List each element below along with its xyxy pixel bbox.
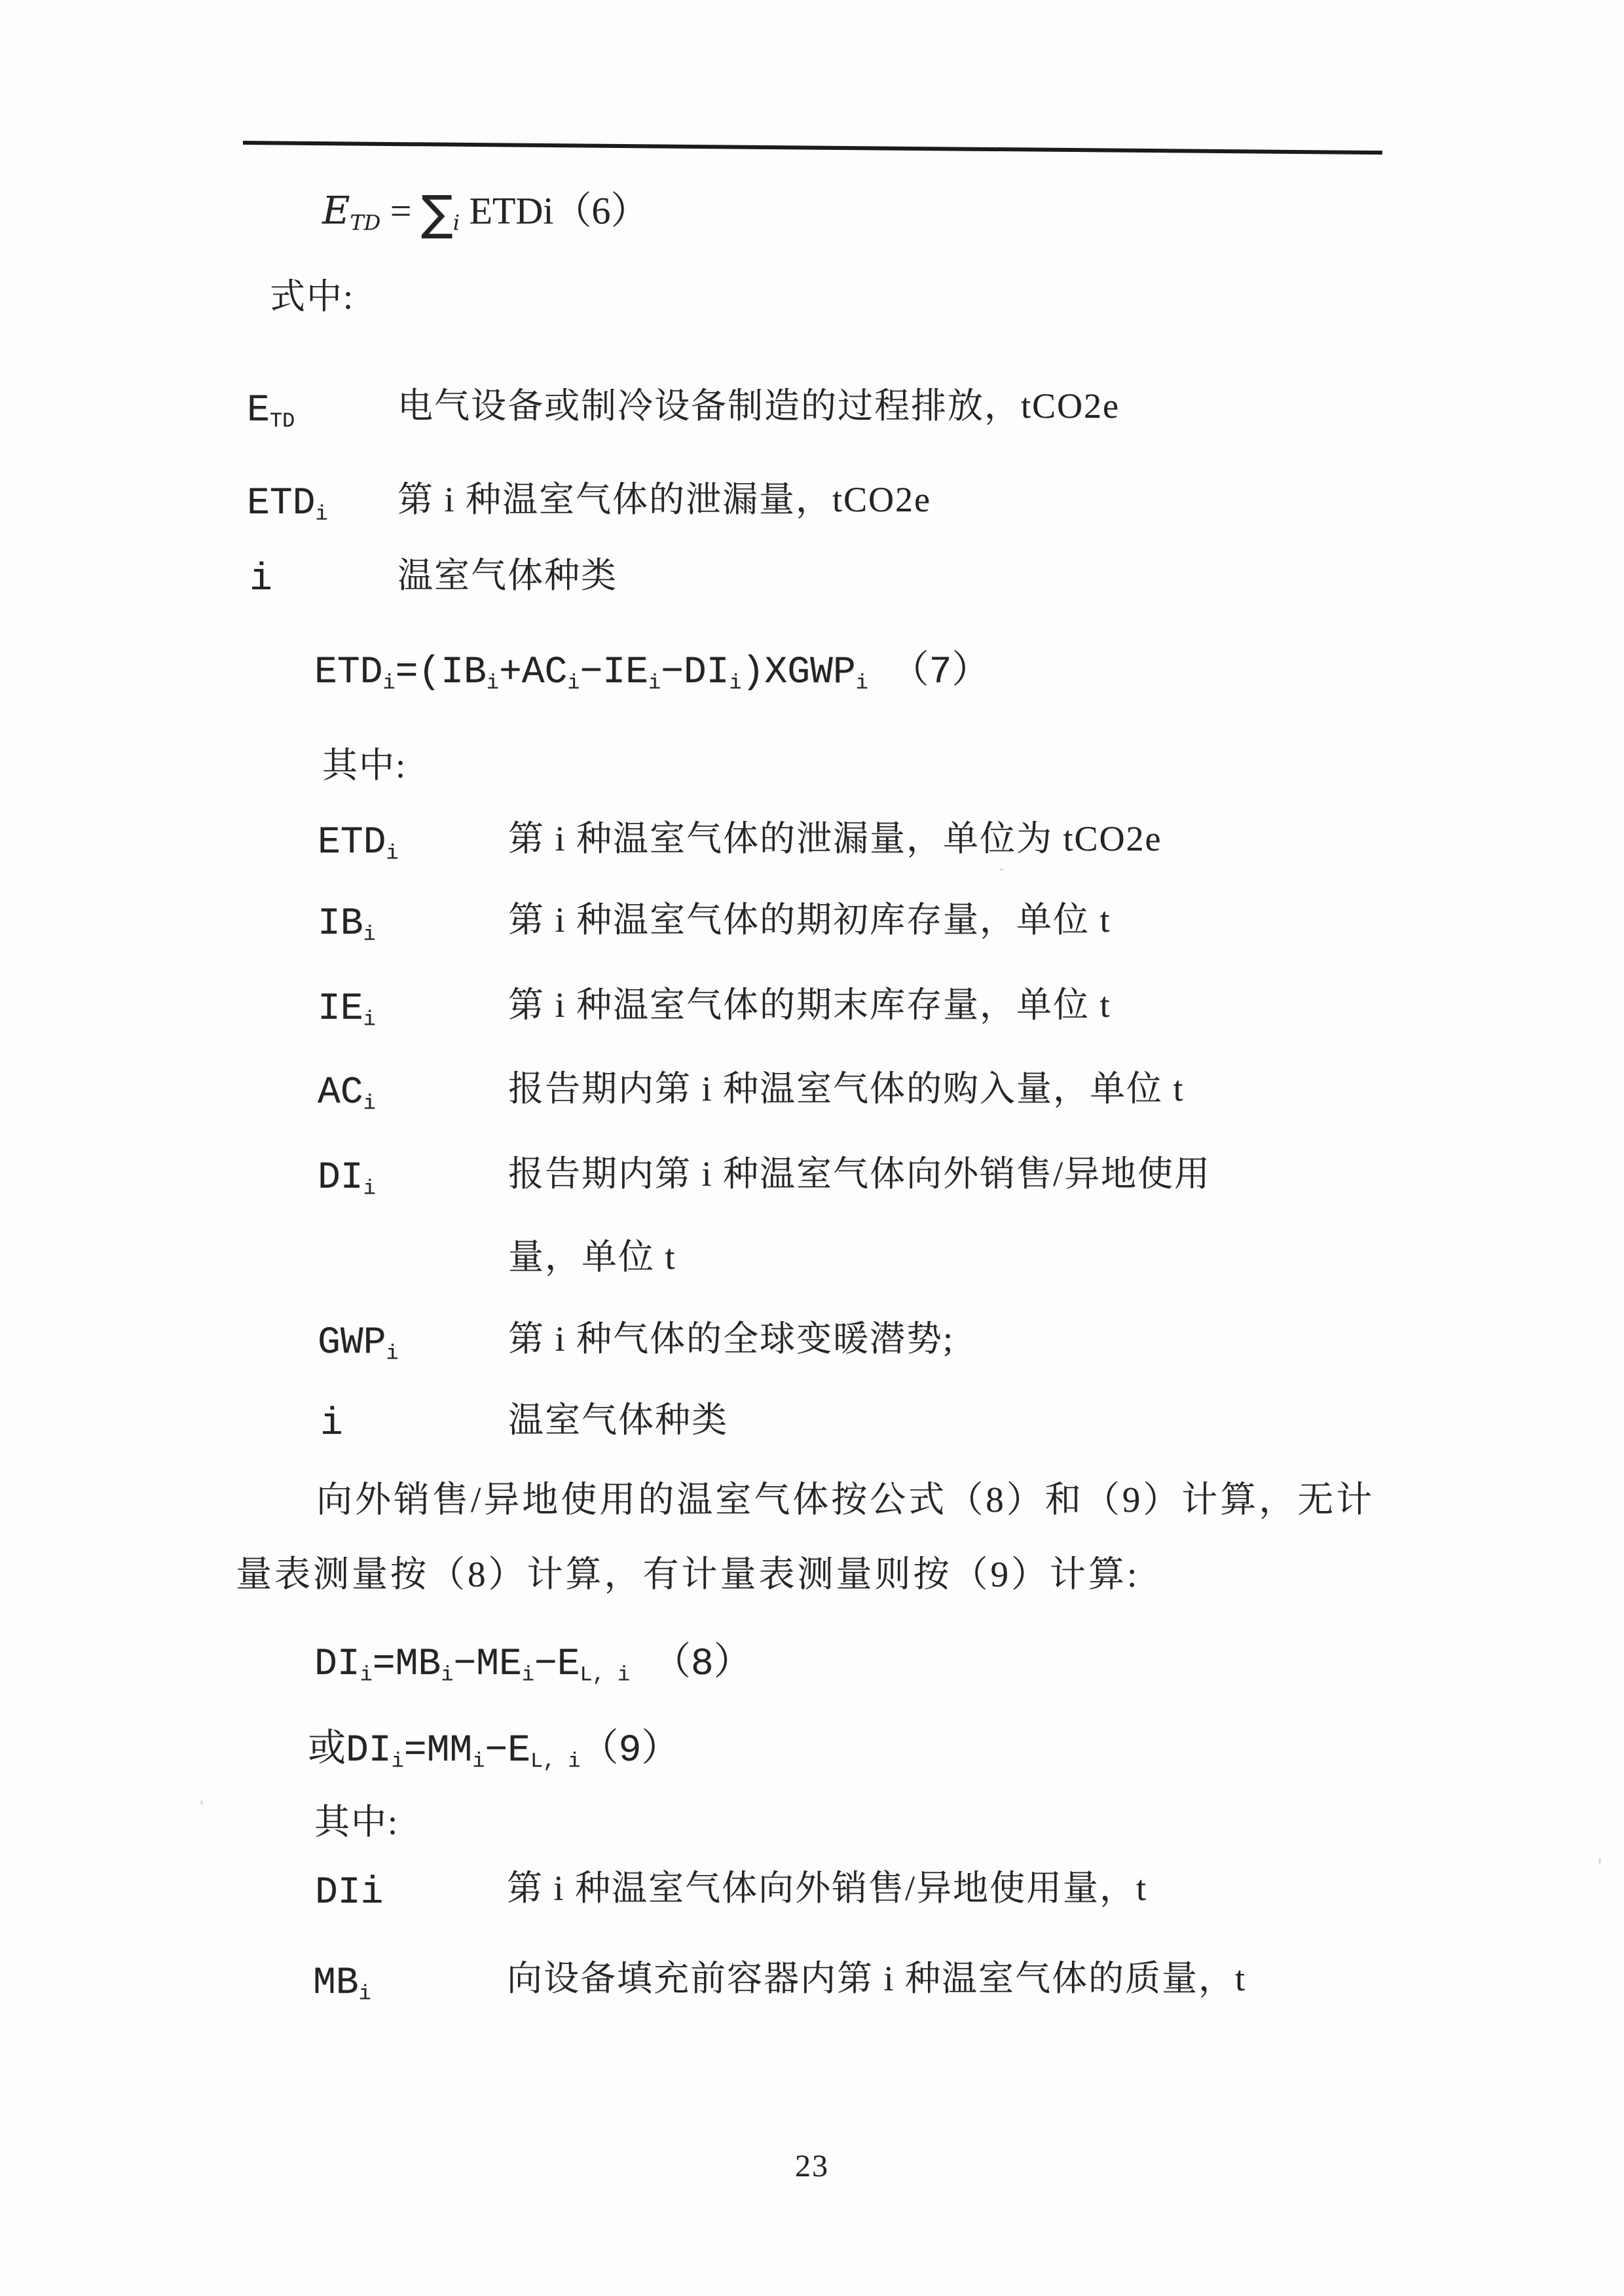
definition-desc: 报告期内第 i 种温室气体的购入量，单位 t xyxy=(508,1070,1185,1108)
scan-speck xyxy=(1000,868,1003,871)
formula-6: ETD = ∑i ETDi（6） xyxy=(322,189,648,238)
formula-8: DIi=MBi−MEi−EL, i （8） xyxy=(314,1645,752,1685)
definition-desc: 第 i 种温室气体的泄漏量，单位为 tCO2e xyxy=(508,820,1162,858)
page-number: 23 xyxy=(0,2150,1624,2183)
document-page: ETD = ∑i ETDi（6） 式中: ETD 电气设备或制冷设备制造的过程排… xyxy=(0,0,1624,2296)
definition-term: i xyxy=(320,1405,343,1445)
definition-term: IEi xyxy=(318,990,376,1030)
definition-desc: 第 i 种气体的全球变暖潜势; xyxy=(508,1321,954,1358)
definition-desc: 第 i 种温室气体向外销售/异地使用量，t xyxy=(507,1870,1147,1907)
formula-9: 或DIi=MMi−EL, i（9） xyxy=(308,1732,679,1772)
scan-speck xyxy=(1598,1858,1601,1864)
definition-term: DIi xyxy=(315,1874,383,1914)
definition-term: i xyxy=(249,560,272,600)
definition-term: IBi xyxy=(318,905,376,945)
formula-7: ETDi=(IBi+ACi−IEi−DIi)XGWPi （7） xyxy=(314,653,989,693)
definition-desc: 温室气体种类 xyxy=(508,1402,728,1439)
definition-desc: 向设备填充前容器内第 i 种温室气体的质量，t xyxy=(507,1960,1246,1997)
paragraph-line-2: 量表测量按（8）计算，有计量表测量则按（9）计算: xyxy=(236,1556,1139,1594)
definition-term: DIi xyxy=(318,1159,376,1199)
definition-term: ETDi xyxy=(318,824,399,864)
header-rule xyxy=(243,141,1382,155)
where-label: 式中: xyxy=(270,278,354,316)
definition-desc: 第 i 种温室气体的期末库存量，单位 t xyxy=(508,987,1111,1024)
definition-term: ACi xyxy=(318,1074,376,1114)
definition-desc: 温室气体种类 xyxy=(397,557,618,594)
definition-term: ETD xyxy=(247,392,295,431)
definition-term: MBi xyxy=(313,1964,371,2004)
where-label: 其中: xyxy=(314,1804,399,1841)
definition-term: ETDi xyxy=(247,484,328,524)
definition-desc-continued: 量，单位 t xyxy=(508,1239,676,1276)
definition-desc: 报告期内第 i 种温室气体向外销售/异地使用 xyxy=(508,1156,1211,1193)
where-label: 其中: xyxy=(322,747,407,784)
definition-desc: 电气设备或制冷设备制造的过程排放，tCO2e xyxy=(397,388,1120,425)
paragraph-line-1: 向外销售/异地使用的温室气体按公式（8）和（9）计算，无计 xyxy=(316,1481,1375,1519)
scan-speck xyxy=(200,1800,203,1805)
definition-desc: 第 i 种温室气体的泄漏量，tCO2e xyxy=(397,481,931,519)
definition-desc: 第 i 种温室气体的期初库存量，单位 t xyxy=(508,902,1111,939)
definition-term: GWPi xyxy=(318,1324,399,1364)
